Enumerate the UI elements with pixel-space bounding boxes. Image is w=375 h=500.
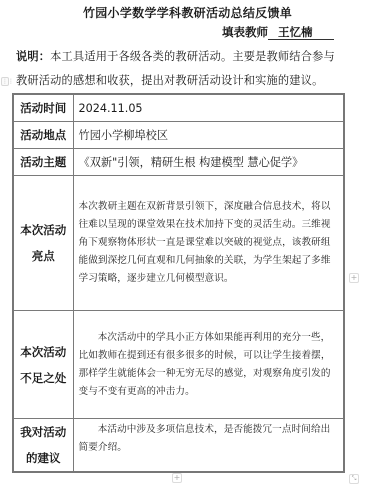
value-suggestions[interactable]: 本活动中涉及多项信息技术，是否能拨冗一点时间给出简要介绍。 [73,419,344,473]
filler-label: 填表教师 [222,25,268,39]
table-drag-handle-icon[interactable]: ⋮⋮ [1,77,9,86]
label-suggestions-line1: 我对活动 [16,419,71,445]
intro-paragraph: 说明：本工具适用于各级各类的教研活动。主要是教师结合参与教研活动的感想和收获，提… [16,45,346,93]
add-row-plus-icon[interactable]: + [172,473,182,483]
value-activity-location[interactable]: 竹园小学柳埠校区 [73,122,344,149]
label-highlights-line1: 本次活动 [16,217,71,243]
table-row-highlights: 本次活动 亮点 本次教研主题在双新背景引领下，深度融合信息技术，将以往难以呈现的… [13,176,344,311]
label-shortcomings-line1: 本次活动 [16,339,71,365]
label-suggestions-line2: 的建议 [16,445,71,471]
feedback-table: 活动时间 2024.11.05 活动地点 竹园小学柳埠校区 活动主题 《双新"引… [12,93,345,473]
table-row-location: 活动地点 竹园小学柳埠校区 [13,122,344,149]
label-shortcomings-line2: 不足之处 [16,365,71,391]
document-title: 竹园小学数学学科教研活动总结反馈单 [0,4,375,21]
value-shortcomings[interactable]: 本次活动中的学具小正方体如果能再利用的充分一些，比如教师在提到还有很多很多的时候… [73,311,344,419]
document-page: 竹园小学数学学科教研活动总结反馈单 填表教师王忆楠 说明：本工具适用于各级各类的… [0,0,375,500]
label-highlights-line2: 亮点 [16,243,71,269]
label-suggestions: 我对活动 的建议 [13,419,73,473]
label-activity-location: 活动地点 [13,122,73,149]
table-row-theme: 活动主题 《双新"引领，精研生根 构建模型 慧心促学》 [13,149,344,176]
label-shortcomings: 本次活动 不足之处 [13,311,73,419]
label-highlights: 本次活动 亮点 [13,176,73,311]
value-activity-theme[interactable]: 《双新"引领，精研生根 构建模型 慧心促学》 [73,149,344,176]
intro-label: 说明： [16,50,50,63]
table-row-suggestions: 我对活动 的建议 本活动中涉及多项信息技术，是否能拨冗一点时间给出简要介绍。 [13,419,344,473]
label-activity-theme: 活动主题 [13,149,73,176]
table-row-time: 活动时间 2024.11.05 [13,94,344,122]
add-column-plus-icon[interactable]: + [349,273,359,283]
table-row-shortcomings: 本次活动 不足之处 本次活动中的学具小正方体如果能再利用的充分一些，比如教师在提… [13,311,344,419]
value-activity-time[interactable]: 2024.11.05 [73,94,344,122]
filler-name[interactable]: 王忆楠 [268,25,334,40]
intro-text: 本工具适用于各级各类的教研活动。主要是教师结合参与教研活动的感想和收获，提出对教… [16,50,335,87]
table-resize-icon[interactable]: ⤡ [349,474,359,484]
label-activity-time: 活动时间 [13,94,73,122]
value-highlights[interactable]: 本次教研主题在双新背景引领下，深度融合信息技术，将以往难以呈现的课堂效果在技术加… [73,176,344,311]
filler-teacher: 填表教师王忆楠 [222,24,334,40]
